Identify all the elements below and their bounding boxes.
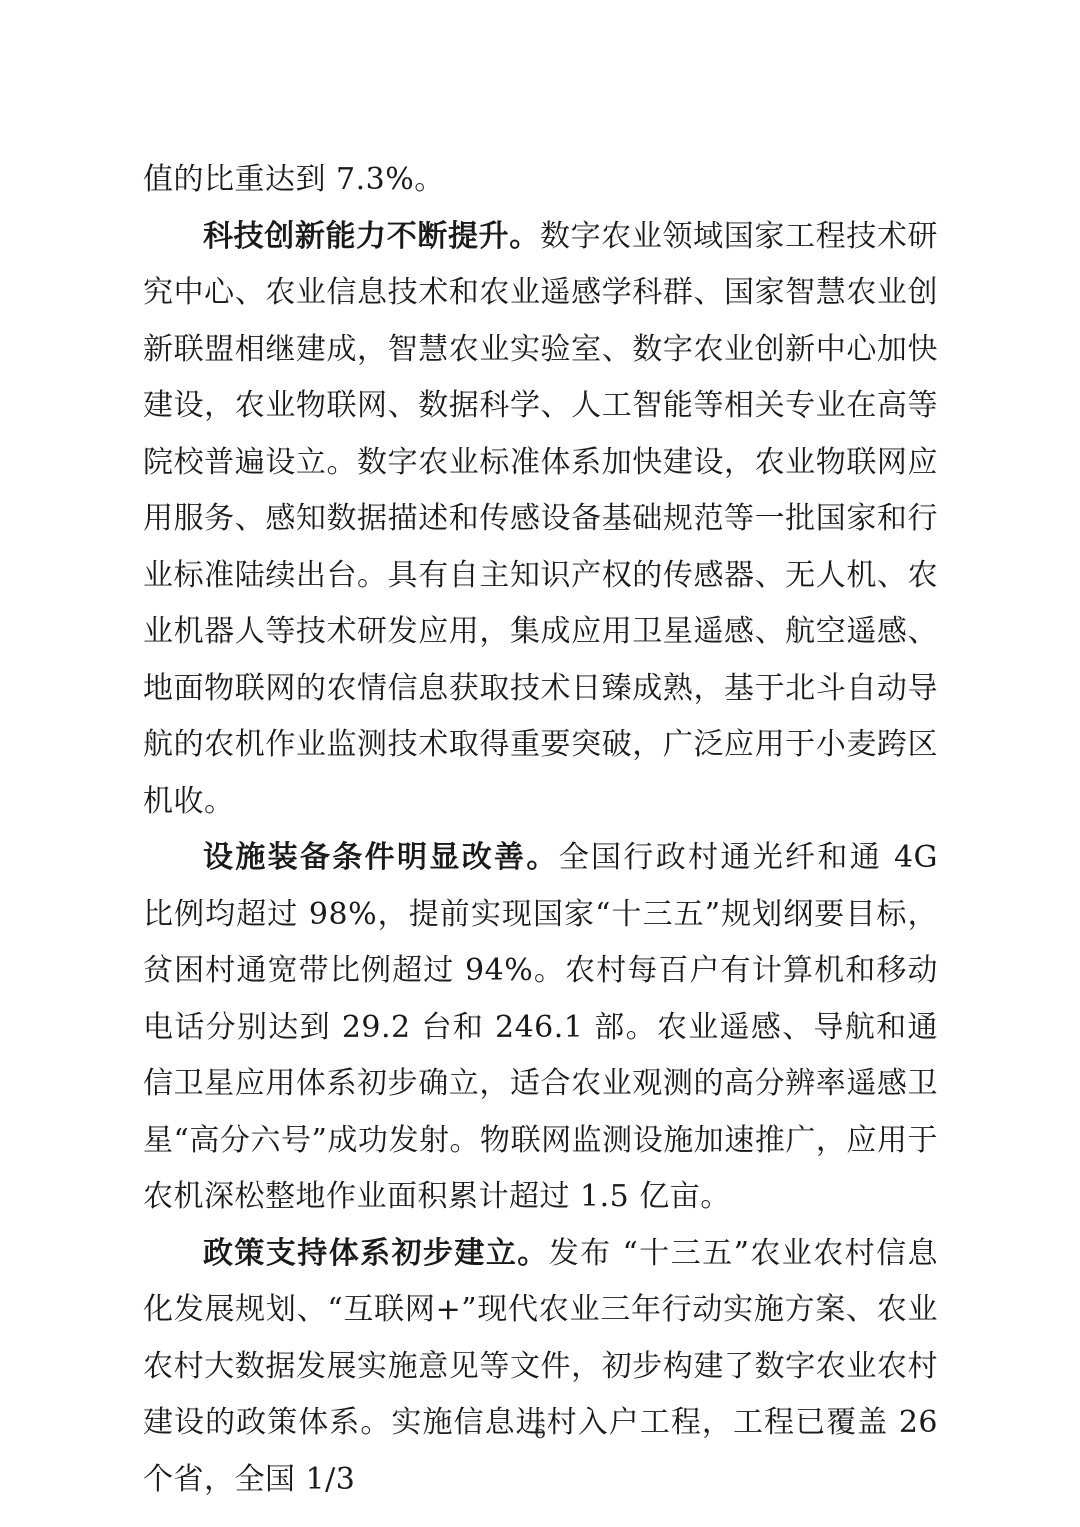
document-page: 值的比重达到 7.3%。科技创新能力不断提升。数字农业领域国家工程技术研究中心、… <box>0 0 1080 1527</box>
paragraph-heading: 设施装备条件明显改善。 <box>203 840 559 875</box>
paragraph-heading: 政策支持体系初步建立。 <box>203 1236 549 1271</box>
document-body: 值的比重达到 7.3%。科技创新能力不断提升。数字农业领域国家工程技术研究中心、… <box>143 152 938 1508</box>
paragraph-text: 全国行政村通光纤和通 4G 比例均超过 98%，提前实现国家“十三五”规划纲要目… <box>143 840 938 1214</box>
paragraph-text: 发布 “十三五”农业农村信息化发展规划、“互联网+”现代农业三年行动实施方案、农… <box>143 1236 938 1497</box>
paragraph-text: 值的比重达到 7.3%。 <box>143 162 445 197</box>
paragraph-text: 数字农业领域国家工程技术研究中心、农业信息技术和农业遥感学科群、国家智慧农业创新… <box>143 219 938 819</box>
paragraph: 设施装备条件明显改善。全国行政村通光纤和通 4G 比例均超过 98%，提前实现国… <box>143 830 938 1226</box>
paragraph-heading: 科技创新能力不断提升。 <box>203 219 540 254</box>
paragraph: 科技创新能力不断提升。数字农业领域国家工程技术研究中心、农业信息技术和农业遥感学… <box>143 209 938 831</box>
page-number: 6 <box>0 1418 1080 1446</box>
paragraph: 值的比重达到 7.3%。 <box>143 152 938 209</box>
paragraph: 政策支持体系初步建立。发布 “十三五”农业农村信息化发展规划、“互联网+”现代农… <box>143 1226 938 1509</box>
